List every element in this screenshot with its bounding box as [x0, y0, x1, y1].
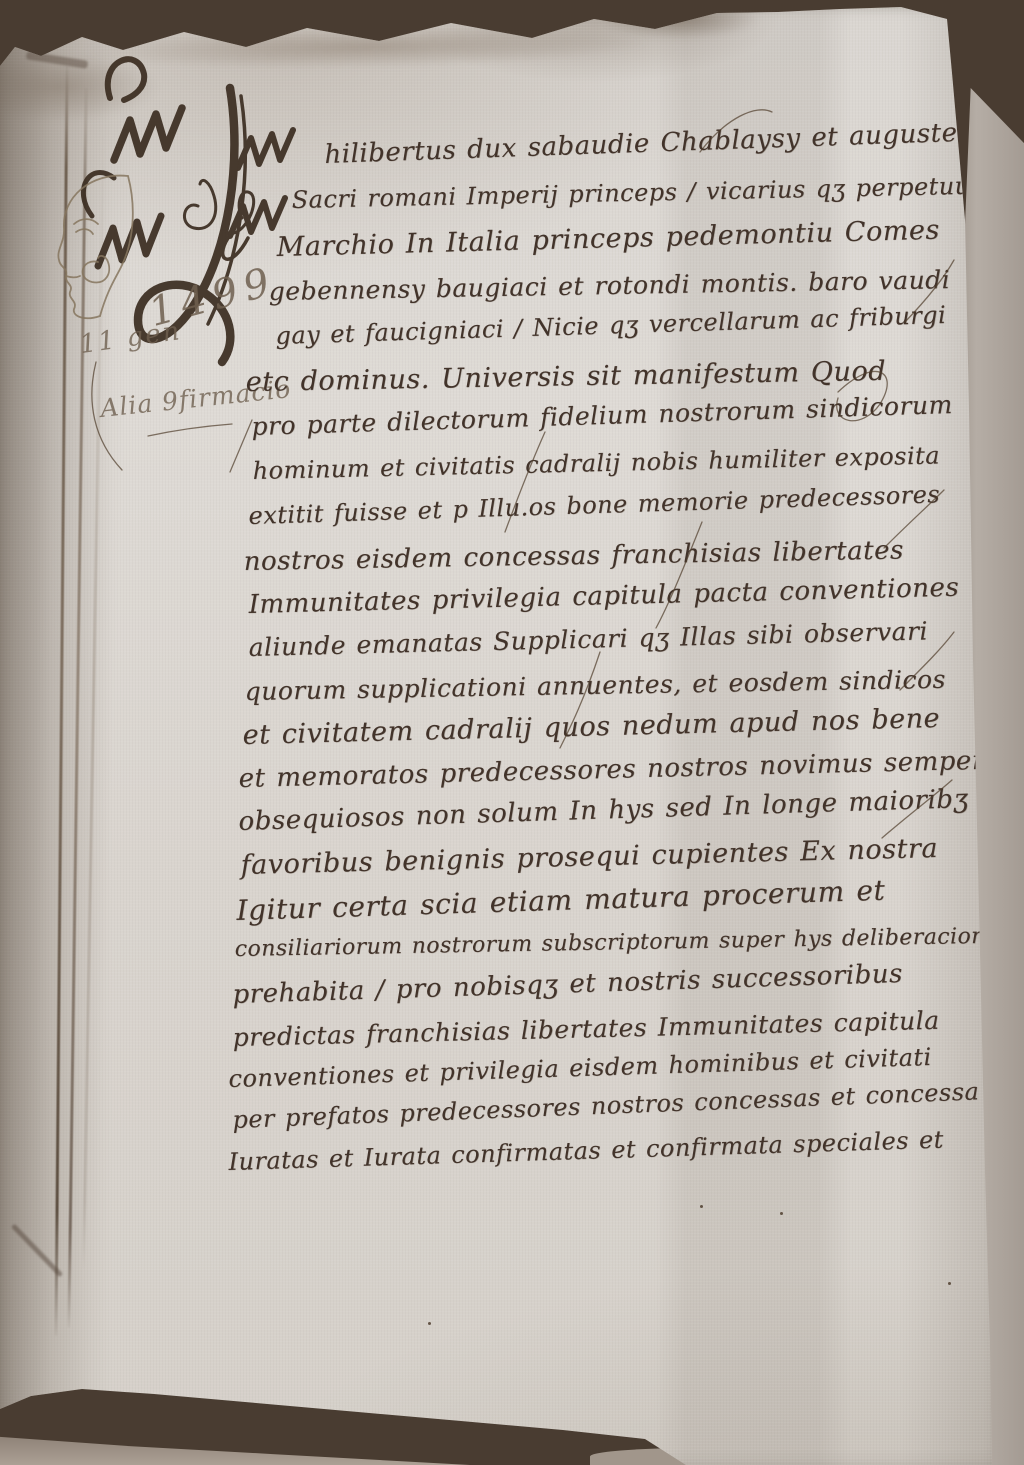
manuscript-line: hominum et civitatis cadralij nobis humi…: [252, 441, 940, 485]
manuscript-line: favoribus benignis prosequi cupientes Ex…: [240, 833, 938, 881]
manuscript-line: aliunde emanatas Supplicari qʒ Illas sib…: [248, 616, 928, 662]
manuscript-line: Marchio In Italia princeps pedemontiu Co…: [276, 215, 940, 263]
manuscript-line: etc dominus. Universis sit manifestum Qu…: [245, 356, 886, 398]
ink-speck: [780, 1212, 783, 1215]
page-stack-mark: [26, 51, 88, 69]
manuscript-photo: 1499 11 gen Alia 9firmacio hilibertus du…: [0, 0, 1024, 1465]
manuscript-line: gebennensy baugiaci et rotondi montis. b…: [268, 265, 950, 306]
ink-speck: [700, 1205, 703, 1208]
manuscript-line: extitit fuisse et p Illu.os bone memorie…: [248, 480, 940, 530]
manuscript-line: Igitur certa scia etiam matura procerum …: [236, 874, 886, 927]
manuscript-line: consiliariorum nostrorum subscriptorum s…: [235, 924, 1000, 962]
manuscript-line: prehabita / pro nobisqʒ et nostris succe…: [232, 959, 903, 1010]
manuscript-line: Sacri romani Imperij princeps / vicarius…: [291, 172, 983, 214]
ink-speck: [428, 1322, 431, 1325]
top-edge-stain: [600, 4, 760, 40]
manuscript-line: pro parte dilectorum fidelium nostrorum …: [251, 390, 953, 441]
manuscript-line: quorum supplicationi annuentes, et eosde…: [244, 665, 946, 706]
manuscript-page: 1499 11 gen Alia 9firmacio hilibertus du…: [0, 0, 1024, 1465]
manuscript-line: hilibertus dux sabaudie Chablaysy et aug…: [324, 118, 958, 170]
manuscript-line: Immunitates privilegia capitula pacta co…: [248, 573, 959, 620]
manuscript-line: nostros eisdem concessas franchisias lib…: [243, 535, 904, 577]
profile-face-doodle-icon: [46, 170, 146, 325]
manuscript-line: et civitatem cadralij quos nedum apud no…: [242, 703, 940, 751]
ink-speck: [948, 1282, 951, 1285]
under-page-bottom-edge: [0, 1426, 470, 1465]
manuscript-line: obsequiosos non solum In hys sed In long…: [238, 784, 969, 837]
page-stack-mark: [2, 17, 49, 41]
manuscript-line: Iuratas et Iurata confirmatas et confirm…: [228, 1126, 944, 1176]
manuscript-line: gay et faucigniaci / Nicie qʒ vercellaru…: [275, 301, 946, 350]
